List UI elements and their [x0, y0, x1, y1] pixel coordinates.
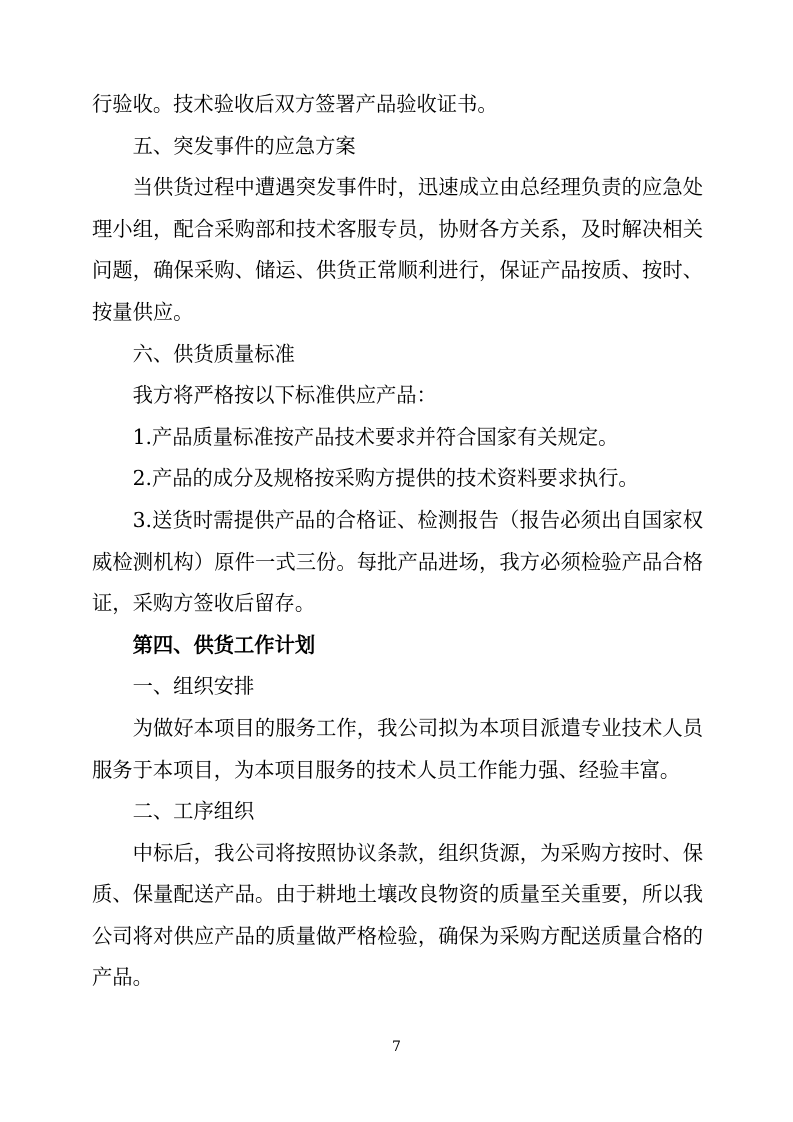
paragraph: 行验收。技术验收后双方签署产品验收证书。	[92, 84, 703, 126]
paragraph: 一、组织安排	[92, 666, 703, 708]
paragraph: 2.产品的成分及规格按采购方提供的技术资料要求执行。	[92, 458, 703, 500]
page-number: 7	[0, 1038, 793, 1056]
paragraph: 为做好本项目的服务工作，我公司拟为本项目派遣专业技术人员服务于本项目，为本项目服…	[92, 708, 703, 791]
paragraph: 当供货过程中遭遇突发事件时，迅速成立由总经理负责的应急处理小组，配合采购部和技术…	[92, 167, 703, 333]
paragraph: 六、供货质量标准	[92, 334, 703, 376]
paragraph: 3.送货时需提供产品的合格证、检测报告（报告必须出自国家权威检测机构）原件一式三…	[92, 500, 703, 625]
section-heading: 第四、供货工作计划	[92, 625, 703, 667]
paragraph: 中标后，我公司将按照协议条款，组织货源，为采购方按时、保质、保量配送产品。由于耕…	[92, 833, 703, 999]
paragraph: 1.产品质量标准按产品技术要求并符合国家有关规定。	[92, 417, 703, 459]
document-page: 行验收。技术验收后双方签署产品验收证书。五、突发事件的应急方案当供货过程中遭遇突…	[0, 0, 793, 1122]
paragraph: 我方将严格按以下标准供应产品：	[92, 375, 703, 417]
paragraph: 二、工序组织	[92, 791, 703, 833]
document-body: 行验收。技术验收后双方签署产品验收证书。五、突发事件的应急方案当供货过程中遭遇突…	[92, 84, 703, 999]
paragraph: 五、突发事件的应急方案	[92, 126, 703, 168]
